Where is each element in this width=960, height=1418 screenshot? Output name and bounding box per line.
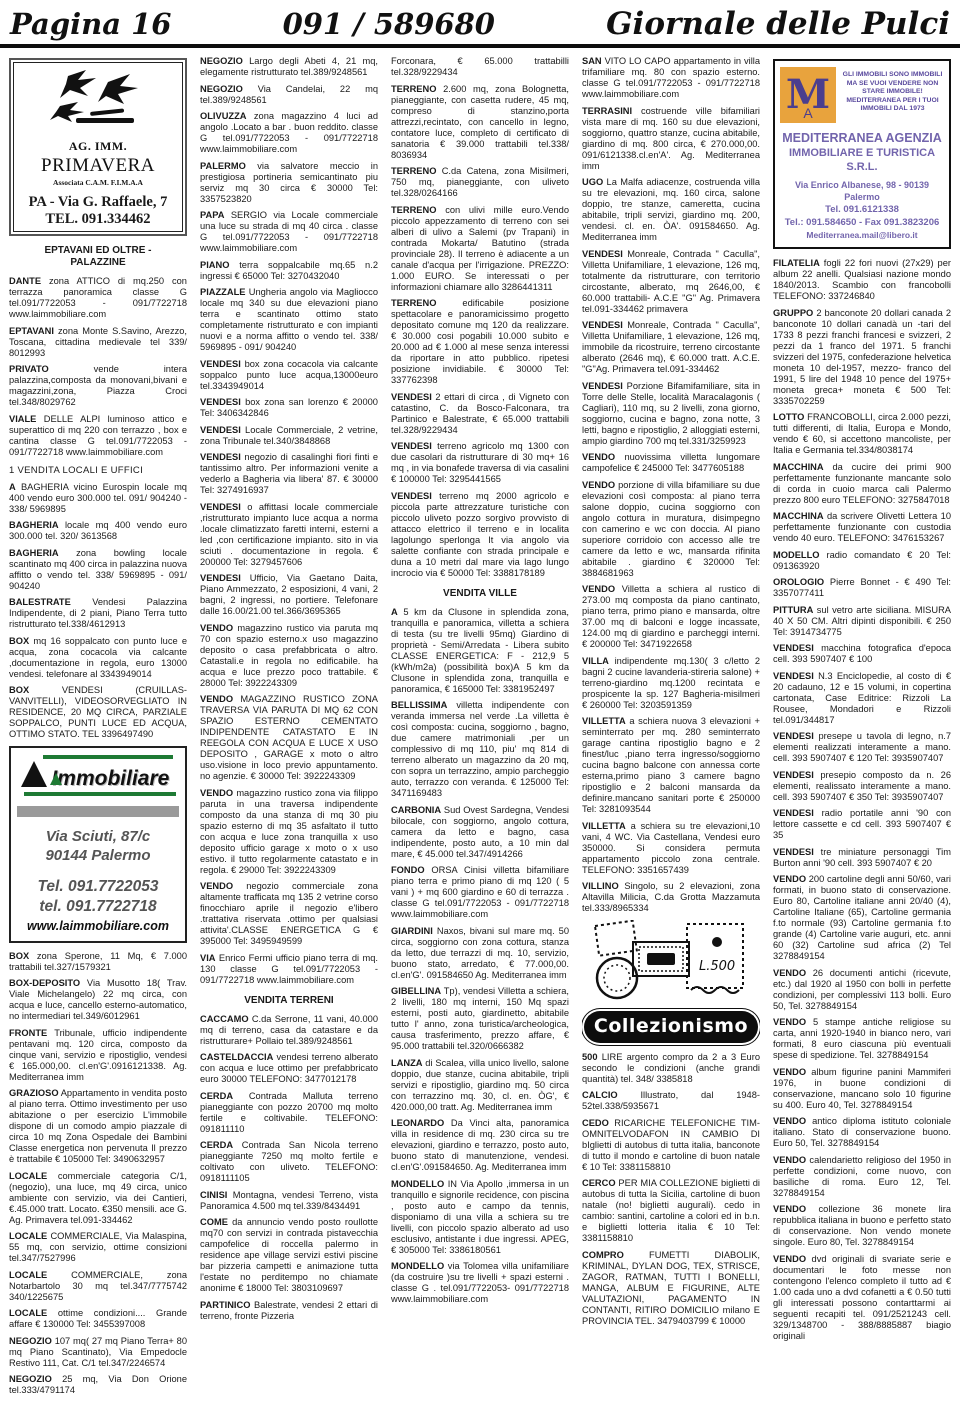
classified-ad: COMPRO FUMETTI DIABOLIK, KRIMINAL, DYLAN… xyxy=(582,1250,760,1327)
ad-lead: VENDO xyxy=(773,1116,806,1126)
classified-ad: LOCALE commerciale categoria C/1, (negoz… xyxy=(9,1171,187,1226)
ad-lead: NEGOZIO xyxy=(200,56,243,66)
classified-ad: VENDO nuovissima villetta lungomare camp… xyxy=(582,452,760,474)
immobiliare-logo: Immobiliare xyxy=(17,755,179,796)
classified-ad: VENDO porzione di villa bifamiliare su d… xyxy=(582,480,760,579)
classified-ad: VENDO magazzino rustico via paruta mq 70… xyxy=(200,623,378,689)
primavera-address: PA - Via G. Raffaele, 7 TEL. 091.334462 xyxy=(15,194,181,228)
column-2: NEGOZIO Largo degli Abeti 4, 21 mq, eleg… xyxy=(200,56,378,1408)
classified-ad: CASTELDACCIA vendesi terreno alberato co… xyxy=(200,1052,378,1085)
classified-ad: OROLOGIO Pierre Bonnet - € 490 Tel: 3357… xyxy=(773,577,951,599)
ad-lead: DANTE xyxy=(9,276,41,286)
ad-lead: LOCALE xyxy=(9,1231,47,1241)
ad-lead: BOX xyxy=(9,685,29,695)
classified-ad: VILLINO Singolo, su 2 elevazioni, zona A… xyxy=(582,881,760,914)
ad-lead: VENDO xyxy=(773,1155,806,1165)
classified-ad: VENDO magazzino rustico zona via filippo… xyxy=(200,788,378,876)
classified-ad: VENDESI Ufficio, Via Gaetano Daita, Pian… xyxy=(200,573,378,617)
classified-ad: VENDESI Locale Commerciale, 2 vetrine, z… xyxy=(200,425,378,447)
classified-ad: PAPA SERGIO via Locale commerciale una l… xyxy=(200,210,378,254)
classified-ad: TERRENO con ulivi mille euro.Vendo picco… xyxy=(391,205,569,293)
ad-lead: FONDO xyxy=(391,865,425,875)
mediterranea-name: MEDITERRANEA AGENZIA xyxy=(780,131,944,146)
ad-lead: A xyxy=(391,607,398,617)
classified-ad: BAGHERIA locale mq 400 vendo euro 300.00… xyxy=(9,520,187,542)
ad-lead: TERRENO xyxy=(391,298,436,308)
ad-lead: CALCIO xyxy=(582,1090,618,1100)
classified-ad: VENDO Villetta a schiera al rustico di 2… xyxy=(582,584,760,650)
classified-ad: MONDELLO IN Via Apollo ,immersa in un tr… xyxy=(391,1179,569,1256)
classified-ad: PITTURA sul vetro arte siciliana. MISURA… xyxy=(773,605,951,638)
ad-lead: LOCALE xyxy=(9,1171,47,1181)
classified-ad: VENDO 5 stampe antiche religiose su cart… xyxy=(773,1017,951,1061)
classified-ad: VENDO MAGAZZINO RUSTICO ZONA TRAVERSA VI… xyxy=(200,694,378,782)
ad-lead: PIAZZALE xyxy=(200,287,245,297)
primavera-agency-ad: AG. IMM. PRIMAVERA Associata C.A.M. F.I.… xyxy=(9,58,187,236)
classified-ad: Forconara, € 65.000 trattabilli tel.328/… xyxy=(391,56,569,78)
mediterranea-logo-icon: M A xyxy=(780,67,836,123)
classified-ad: PIANO terra soppalcabile mq.65 n.2 ingre… xyxy=(200,260,378,282)
classified-ad: BOX VENDESI (CRUILLAS- VANVITELLI), VIDE… xyxy=(9,685,187,740)
ad-lead: PARTINICO xyxy=(200,1300,250,1310)
column-1: AG. IMM. PRIMAVERA Associata C.A.M. F.I.… xyxy=(9,56,187,1408)
ad-lead: VENDO xyxy=(773,1254,806,1264)
ad-lead: BOX xyxy=(9,951,29,961)
ad-lead: VENDESI xyxy=(200,397,241,407)
ad-lead: MACCHINA xyxy=(773,511,824,521)
ad-lead: PAPA xyxy=(200,210,224,220)
classified-ad: VENDESI macchina fotografica d'epoca cel… xyxy=(773,643,951,665)
classified-ad: FILATELIA fogli 22 fori nuovi (27x29) pe… xyxy=(773,258,951,302)
ad-lead: VENDESI xyxy=(773,671,814,681)
ad-lead: OLIVUZZA xyxy=(200,111,246,121)
divider xyxy=(17,806,179,817)
classified-ad: VENDESI Monreale, Contrada " Caculla", V… xyxy=(582,249,760,315)
ad-lead: NEGOZIO xyxy=(200,84,243,94)
classified-ad: FONDO ORSA Cinisi villetta bifamiliare p… xyxy=(391,865,569,920)
classified-ad: VENDO calendarietto religioso del 1950 i… xyxy=(773,1155,951,1199)
classified-ad: VIA Enrico Fermi ufficio piano terra di … xyxy=(200,953,378,986)
classified-ad: VENDESI terreno mq 2000 agricolo e picco… xyxy=(391,491,569,579)
ad-lead: VENDESI xyxy=(391,491,432,501)
section-header: EPTAVANI ED OLTRE -PALAZZINE xyxy=(9,245,187,269)
ad-lead: MONDELLO xyxy=(391,1261,444,1271)
classified-ad: VENDESI tre miniature personaggi Tim Bur… xyxy=(773,847,951,869)
ad-lead: GIARDINI xyxy=(391,926,433,936)
classified-ad: VENDO 26 documenti antichi (ricevute, et… xyxy=(773,968,951,1012)
classified-ad: CACCAMO C.da Serrone, 11 vani, 40.000 mq… xyxy=(200,1014,378,1047)
ad-lead: MODELLO xyxy=(773,550,819,560)
classified-ad: NEGOZIO Via Candelai, 22 mq tel.389/9248… xyxy=(200,84,378,106)
section-header: VENDITA TERRENI xyxy=(200,995,378,1007)
ad-lead: CASTELDACCIA xyxy=(200,1052,273,1062)
classified-ad: BELLISSIMA villetta indipendente con ver… xyxy=(391,700,569,799)
classified-ad: 500 LIRE argento compro da 2 a 3 Euro se… xyxy=(582,1052,760,1085)
classified-ad: CALCIO Illustrato, dal 1948-52tel.338/59… xyxy=(582,1090,760,1112)
classified-ad: UGO La Malfa adiacenze, costruenda villa… xyxy=(582,177,760,243)
ad-lead: VENDESI xyxy=(582,381,623,391)
ad-lead: VENDO xyxy=(773,1204,806,1214)
ad-lead: VENDESI xyxy=(200,359,241,369)
classified-ad: MODELLO radio comandato € 20 Tel: 091363… xyxy=(773,550,951,572)
ad-lead: VENDO xyxy=(200,694,233,704)
mediterranea-phones: Tel. 091.6121338 Tel.: 091.584650 - Fax … xyxy=(780,203,944,229)
ad-lead: VENDO xyxy=(582,452,615,462)
ad-lead: PRIVATO xyxy=(9,364,49,374)
classified-ad: DANTE zona ATTICO di mq.250 con terrazza… xyxy=(9,276,187,320)
ad-lead: MACCHINA xyxy=(773,462,824,472)
classified-ad: GIARDINI Naxos, bivani sul mare mq. 50 c… xyxy=(391,926,569,981)
ad-lead: LOCALE xyxy=(9,1270,47,1280)
ad-lead: TERRENO xyxy=(391,84,436,94)
ad-lead: TERRASINI xyxy=(582,106,632,116)
ad-lead: CARBONIA xyxy=(391,805,441,815)
mediterranea-tagline: GLI IMMOBILI SONO IMMOBILI MA SE VUOI VE… xyxy=(841,67,944,114)
column-3: Forconara, € 65.000 trattabilli tel.328/… xyxy=(391,56,569,1408)
ad-lead: VILLA xyxy=(582,656,609,666)
ad-lead: VENDESI xyxy=(391,392,432,402)
collezionismo-banner: Collezionismo xyxy=(584,1011,758,1043)
classified-ad: VENDESI box zona cocacola via calcante s… xyxy=(200,359,378,392)
classified-ad: CERDA Contrada Malluta terreno pianeggia… xyxy=(200,1091,378,1135)
ad-lead: CERCO xyxy=(582,1178,616,1188)
classified-ad: NEGOZIO 25 mq, Via Don Orione tel.333/47… xyxy=(9,1374,187,1396)
immobiliare-website: www.laimmobiliare.com xyxy=(17,919,179,933)
classified-ad: MONDELLO via Tolomea villa unifamiliare … xyxy=(391,1261,569,1305)
mediterranea-address: Via Enrico Albanese, 98 - 90139 Palermo xyxy=(780,179,944,203)
classified-ad: VENDO dvd originali di svariate serie e … xyxy=(773,1254,951,1342)
ad-lead: BALESTRATE xyxy=(9,597,71,607)
ad-lead: NEGOZIO xyxy=(9,1374,52,1384)
ad-lead: VENDESI xyxy=(773,643,814,653)
ad-lead: VENDESI xyxy=(773,808,814,818)
ad-lead: VENDO xyxy=(200,623,233,633)
column-5: M A GLI IMMOBILI SONO IMMOBILI MA SE VUO… xyxy=(773,56,951,1408)
masthead: Pagina 16 091 / 589680 Giornale delle Pu… xyxy=(0,0,960,48)
ad-lead: VENDO xyxy=(200,788,233,798)
immobiliare-agency-ad: Immobiliare Via Sciuti, 87/c 90144 Paler… xyxy=(9,746,187,943)
classified-ad: VENDESI Monreale, Contrada " Caculla", V… xyxy=(582,320,760,375)
classified-ad: VIALE DELLE ALPI luminoso attico e super… xyxy=(9,414,187,458)
ad-lead: EPTAVANI xyxy=(9,326,54,336)
ad-lead: VIA xyxy=(200,953,216,963)
classified-ad: CERDA Contrada San Nicola terreno pianeg… xyxy=(200,1140,378,1184)
ad-lead: VENDO xyxy=(773,874,806,884)
ad-lead: LOCALE xyxy=(9,1308,47,1318)
classified-ad: PIAZZALE Ungheria angolo via Magliocco l… xyxy=(200,287,378,353)
ad-lead: BAGHERIA xyxy=(9,520,59,530)
classified-ad: VILLETTA a schiera nuova 3 elevazioni + … xyxy=(582,716,760,815)
ad-lead: CERDA xyxy=(200,1140,233,1150)
ad-lead: VENDESI xyxy=(200,425,241,435)
ad-lead: VENDESI xyxy=(200,573,241,583)
ad-lead: PITTURA xyxy=(773,605,813,615)
category-header: 1 VENDITA LOCALI E UFFICI xyxy=(9,465,187,476)
classified-ad: VENDESI Porzione Bifamifamiliare, sita i… xyxy=(582,381,760,447)
classified-ad: PALERMO via salvatore meccio in prestigi… xyxy=(200,161,378,205)
ad-lead: PALERMO xyxy=(200,161,246,171)
classified-ad: LOCALE COMMERCIALE, zona Notarbartolo 30… xyxy=(9,1270,187,1303)
classified-ad: GIBELLINA Tp), vendesi Villetta a schier… xyxy=(391,986,569,1052)
column-4: SAN VITO LO CAPO appartamento in villa t… xyxy=(582,56,760,1408)
classified-ad: PARTINICO Balestrate, vendesi 2 ettari d… xyxy=(200,1300,378,1322)
ad-lead: VENDESI xyxy=(200,452,241,462)
ad-lead: VENDESI xyxy=(773,770,814,780)
paper-title: Giornale delle Pulci xyxy=(606,6,950,42)
classified-ad: FRONTE Tribunale, ufficio indipendente p… xyxy=(9,1028,187,1083)
ad-lead: OROLOGIO xyxy=(773,577,824,587)
classified-ad: MACCHINA da cucire dei primi 900 perfett… xyxy=(773,462,951,506)
mediterranea-email: Mediterranea.mail@libero.it xyxy=(780,229,944,241)
classified-ad: NEGOZIO Largo degli Abeti 4, 21 mq, eleg… xyxy=(200,56,378,78)
classified-ad: VENDESI negozio di casalinghi fiori fint… xyxy=(200,452,378,496)
classified-ad: BOX mq 16 soppalcato con punto luce e ac… xyxy=(9,636,187,680)
stamps-illustration: L.500 xyxy=(582,920,760,1009)
classified-ad: LOTTO FRANCOBOLLI, circa 2.000 pezzi, tu… xyxy=(773,412,951,456)
ad-lead: VIALE xyxy=(9,414,36,424)
ad-lead: TERRENO xyxy=(391,166,436,176)
classified-ad: MACCHINA da scrivere Olivetti Lettera 10… xyxy=(773,511,951,544)
ad-lead: LANZA xyxy=(391,1058,423,1068)
ad-lead: VENDO xyxy=(773,968,806,978)
classified-ad: BAGHERIA zona bowling locale scantinato … xyxy=(9,548,187,592)
classified-ad: VENDESI presepio composto da n. 26 eleme… xyxy=(773,770,951,803)
ad-lead: UGO xyxy=(582,177,603,187)
ad-lead: VILLINO xyxy=(582,881,619,891)
ad-lead: VENDESI xyxy=(391,441,432,451)
section-header: VENDITA VILLE xyxy=(391,588,569,600)
ad-lead: GRAZIOSO xyxy=(9,1088,59,1098)
page-number: Pagina 16 xyxy=(10,7,171,41)
classified-ad: VENDO 200 cartoline degli anni 50/60, va… xyxy=(773,874,951,962)
ad-lead: VENDO xyxy=(582,480,615,490)
classified-ad: TERRASINI costruende ville bifamiliari v… xyxy=(582,106,760,172)
classified-ad: VENDESI box zona san lorenzo € 20000 Tel… xyxy=(200,397,378,419)
ad-lead: VILLETTA xyxy=(582,716,626,726)
classified-ad: A BAGHERIA vicino Eurospin locale mq 400… xyxy=(9,482,187,515)
ad-lead: VENDO xyxy=(582,584,615,594)
ad-lead: VENDO xyxy=(773,1017,806,1027)
ad-lead: SAN xyxy=(582,56,602,66)
classified-ad: VENDESI 2 ettari di circa , di Vigneto c… xyxy=(391,392,569,436)
classified-ad: VENDESI o affittasi locale commerciale ,… xyxy=(200,502,378,568)
immobiliare-mark-icon xyxy=(21,761,47,787)
classified-ad: BOX-DEPOSITO Via Musotto 18( Trav. Viale… xyxy=(9,978,187,1022)
masthead-phone: 091 / 589680 xyxy=(283,7,495,41)
classified-ad: A 5 km da Clusone in splendida zona, tra… xyxy=(391,607,569,695)
classified-ad: VENDO collezione 36 monete lira repubbli… xyxy=(773,1204,951,1248)
ad-lead: BOX xyxy=(9,636,29,646)
classifieds-columns: AG. IMM. PRIMAVERA Associata C.A.M. F.I.… xyxy=(0,48,960,1408)
classified-ad: COME da annuncio vendo posto roullotte m… xyxy=(200,1217,378,1294)
ad-lead: NEGOZIO xyxy=(9,1336,52,1346)
ad-lead: CERDA xyxy=(200,1091,233,1101)
ad-lead: CACCAMO xyxy=(200,1014,249,1024)
ad-lead: VENDESI xyxy=(773,731,814,741)
ad-lead: BELLISSIMA xyxy=(391,700,447,710)
classified-ad: BALESTRATE Vendesi Palazzina Indipendent… xyxy=(9,597,187,630)
ad-lead: VENDESI xyxy=(582,249,623,259)
classified-ad: VENDESI terreno agricolo mq 1300 con due… xyxy=(391,441,569,485)
ad-lead: MONDELLO xyxy=(391,1179,444,1189)
classified-ad: EPTAVANI zona Monte S.Savino, Arezzo, To… xyxy=(9,326,187,359)
ad-lead: BOX-DEPOSITO xyxy=(9,978,80,988)
ad-lead: LOTTO xyxy=(773,412,804,422)
ad-lead: COMPRO xyxy=(582,1250,624,1260)
ad-lead: COME xyxy=(200,1217,228,1227)
ad-lead: FRONTE xyxy=(9,1028,47,1038)
classified-ad: NEGOZIO 107 mq( 27 mq Piano Terra+ 80 mq… xyxy=(9,1336,187,1369)
classified-ad: CARBONIA Sud Ovest Sardegna, Vendesi bil… xyxy=(391,805,569,860)
classified-ad: SAN VITO LO CAPO appartamento in villa t… xyxy=(582,56,760,100)
swallows-illustration xyxy=(15,68,181,135)
classified-ad: VENDO antico diploma istituto coloniale … xyxy=(773,1116,951,1149)
ad-lead: VENDESI xyxy=(582,320,623,330)
ad-lead: BAGHERIA xyxy=(9,548,59,558)
ad-lead: PIANO xyxy=(200,260,229,270)
ad-lead: VENDO xyxy=(773,1067,806,1077)
classified-ad: VENDO album figurine panini Mammiferi 19… xyxy=(773,1067,951,1111)
ad-lead: GRUPPO xyxy=(773,308,813,318)
classified-ad: TERRENO edificabile posizione spettacola… xyxy=(391,298,569,386)
ad-lead: VENDO xyxy=(200,881,233,891)
classified-ad: LOCALE COMMERCIALE, Via Malaspina, 55 mq… xyxy=(9,1231,187,1264)
classified-ad: CERCO PER MIA COLLEZIONE biglietti di au… xyxy=(582,1178,760,1244)
classified-ad: BOX zona Sperone, 11 Mq, € 7.000 trattab… xyxy=(9,951,187,973)
classified-ad: LOCALE ottime condizioni.... Grande affa… xyxy=(9,1308,187,1330)
classified-ad: VILLA indipendente mq.130( 3 c/letto 2 b… xyxy=(582,656,760,711)
ad-lead: CEDO xyxy=(582,1118,609,1128)
classified-ad: LANZA di Scalea, villa unico livello, sa… xyxy=(391,1058,569,1113)
classified-ad: PRIVATO vende intera palazzina,composta … xyxy=(9,364,187,408)
immobiliare-address: Via Sciuti, 87/c 90144 Palermo xyxy=(17,827,179,865)
classified-ad: OLIVUZZA zona magazzino 4 luci ad angolo… xyxy=(200,111,378,155)
primavera-title: AG. IMM. PRIMAVERA xyxy=(15,137,181,177)
mediterranea-agency-ad: M A GLI IMMOBILI SONO IMMOBILI MA SE VUO… xyxy=(773,59,951,249)
classified-ad: VILLETTA a schiera su tre elevazioni,10 … xyxy=(582,821,760,876)
ad-lead: VILLETTA xyxy=(582,821,626,831)
stamp-value-text: L.500 xyxy=(699,959,735,974)
classified-ad: CINISI Montagna, vendesi Terreno, vista … xyxy=(200,1190,378,1212)
classified-ad: VENDO negozio commerciale zona altamente… xyxy=(200,881,378,947)
classified-ad: TERRENO C.da Catena, zona Misilmeri, 750… xyxy=(391,166,569,199)
primavera-association: Associata C.A.M. F.I.M.A.A xyxy=(15,178,181,187)
classified-ad: VENDESI radio portatile anni '90 con let… xyxy=(773,808,951,841)
ad-lead: 500 xyxy=(582,1052,598,1062)
immobiliare-phones: Tel. 091.7722053 tel. 091.7722718 xyxy=(17,877,179,917)
ad-lead: GIBELLINA xyxy=(391,986,441,996)
ad-lead: VENDESI xyxy=(200,502,241,512)
ad-lead: FILATELIA xyxy=(773,258,820,268)
classified-ad: GRAZIOSO Appartamento in vendita posto a… xyxy=(9,1088,187,1165)
ad-lead: VENDESI xyxy=(773,847,814,857)
classified-ad: VENDESI N.3 Enciclopedie, al costo di € … xyxy=(773,671,951,726)
ad-lead: A xyxy=(9,482,16,492)
classified-ad: VENDESI presepe u tavola di legno, n.7 e… xyxy=(773,731,951,764)
classified-ad: GRUPPO 2 banconote 20 dollari canada 2 b… xyxy=(773,308,951,407)
ad-lead: LEONARDO xyxy=(391,1118,444,1128)
classified-ad: CEDO RICARICHE TELEFONICHE TIM-OMNITELVO… xyxy=(582,1118,760,1173)
classified-ad: TERRENO 2.600 mq, zona Bolognetta, piane… xyxy=(391,84,569,161)
newspaper-page: Pagina 16 091 / 589680 Giornale delle Pu… xyxy=(0,0,960,1418)
ad-lead: CINISI xyxy=(200,1190,227,1200)
classified-ad: LEONARDO Da Vinci alta, panoramica villa… xyxy=(391,1118,569,1173)
ad-lead: TERRENO xyxy=(391,205,436,215)
